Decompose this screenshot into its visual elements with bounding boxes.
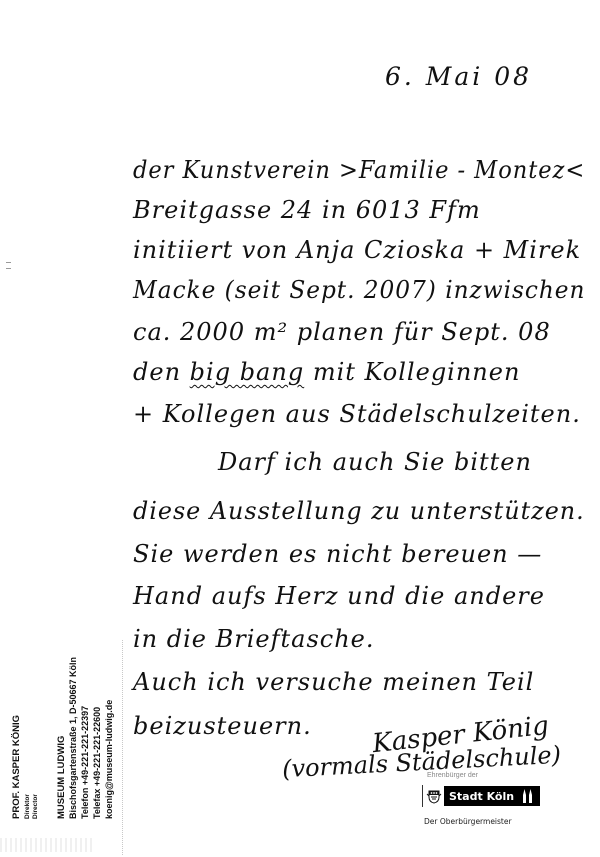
letterhead-role-de: Direktor [24, 794, 31, 819]
punch-mark [6, 268, 11, 269]
logo-divider [422, 785, 423, 807]
body-line: initiiert von Anja Czioska + Mirek [133, 236, 581, 264]
body-line: in die Brieftasche. [133, 625, 375, 653]
body-text: den [133, 358, 190, 386]
letterhead-email: koenig@museum-ludwig.de [104, 700, 114, 819]
letterhead-phone: Telefon +49-221-221-22397 [80, 706, 90, 819]
body-line: Darf ich auch Sie bitten [218, 448, 532, 476]
letterhead-name: PROF. KASPER KÖNIG [11, 715, 22, 819]
body-line: Sie werden es nicht bereuen — [133, 540, 542, 568]
stadt-koeln-logo: Stadt Köln [422, 786, 540, 806]
cathedral-towers-icon [522, 789, 534, 803]
letterhead-address: Bischofsgartenstraße 1, D-50667 Köln [68, 657, 78, 819]
letterhead-institution: MUSEUM LUDWIG [56, 736, 67, 819]
body-line: Auch ich versuche meinen Teil [133, 668, 534, 696]
underlined-phrase: big bang [190, 358, 305, 386]
body-line: ca. 2000 m² planen für Sept. 08 [133, 318, 551, 346]
body-line: der Kunstverein >Familie - Montez< [133, 156, 585, 184]
body-line: Hand aufs Herz und die andere [133, 582, 545, 610]
letter-page: PROF. KASPER KÖNIG Direktor Director MUS… [0, 0, 600, 857]
logo-label: Stadt Köln [449, 790, 514, 803]
body-line: Breitgasse 24 in 6013 Ffm [133, 196, 481, 224]
body-line: Macke (seit Sept. 2007) inzwischen [133, 276, 585, 304]
logo-label-box: Stadt Köln [444, 786, 540, 806]
signature-note: (vormals Städelschule) [281, 741, 561, 784]
cologne-coat-of-arms-icon [426, 788, 442, 804]
body-text: mit Kolleginnen [304, 358, 520, 386]
body-line: beizusteuern. [133, 712, 312, 740]
fold-line [122, 640, 123, 855]
letterhead: PROF. KASPER KÖNIG Direktor Director MUS… [0, 0, 140, 857]
letter-date: 6. Mai 08 [385, 62, 532, 91]
punch-mark [6, 262, 11, 263]
body-line: diese Ausstellung zu unterstützen. [133, 497, 585, 525]
logo-subtitle: Der Oberbürgermeister [424, 817, 512, 826]
letterhead-role-en: Director [32, 794, 39, 819]
scan-artifact [0, 838, 92, 852]
body-line-big-bang: den big bang mit Kolleginnen [133, 358, 520, 386]
body-line: + Kollegen aus Städelschulzeiten. [133, 400, 581, 428]
letterhead-fax: Telefax +49-221-221-22600 [92, 707, 102, 819]
